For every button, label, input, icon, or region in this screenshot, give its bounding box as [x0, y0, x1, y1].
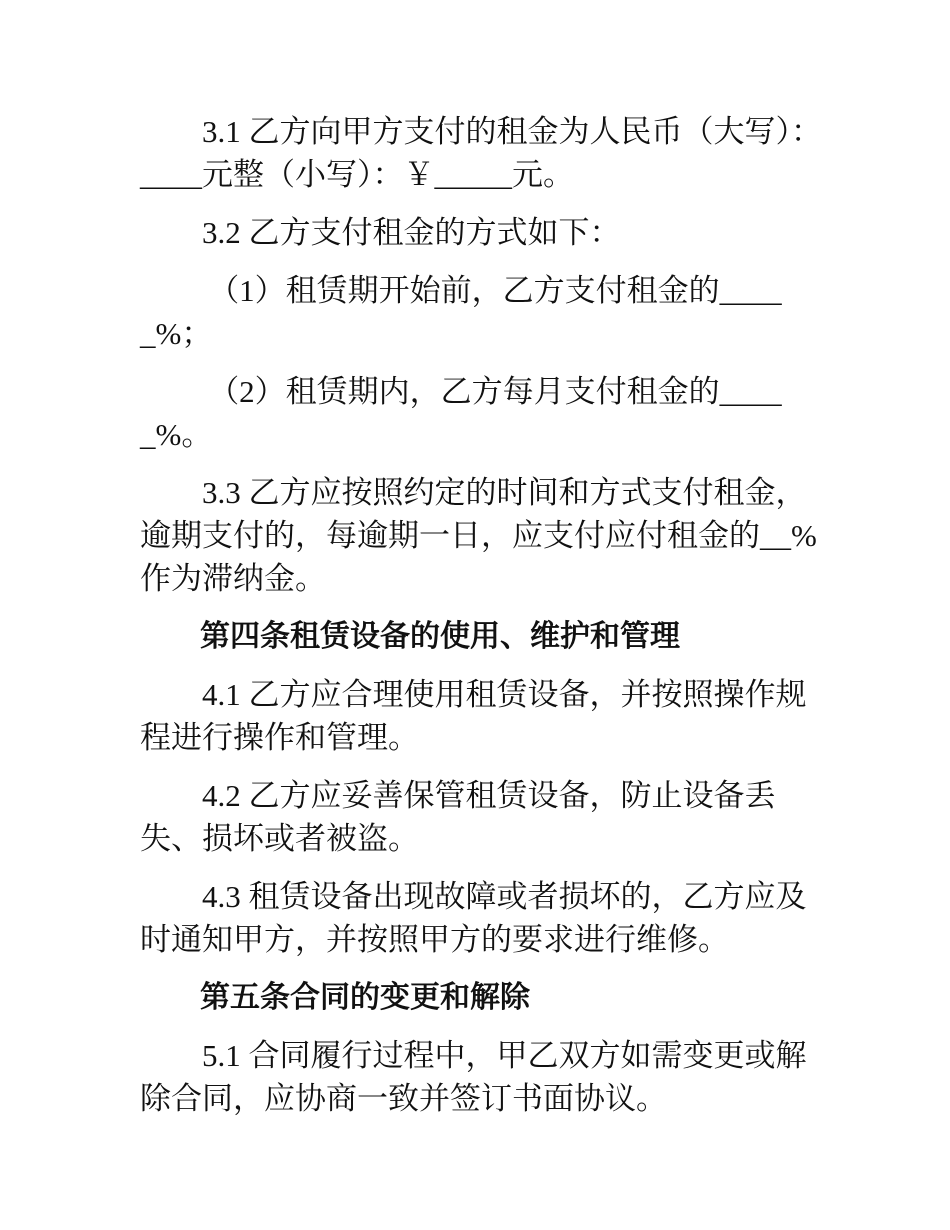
clause-4-2: 4.2 乙方应妥善保管租赁设备，防止设备丢失、损坏或者被盗。: [140, 774, 830, 860]
clause-3-2-item-2: （2）租赁期内，乙方每月支付租金的_____%。: [140, 370, 830, 456]
clause-4-3: 4.3 租赁设备出现故障或者损坏的，乙方应及时通知甲方，并按照甲方的要求进行维修…: [140, 875, 830, 961]
clause-5-1: 5.1 合同履行过程中，甲乙双方如需变更或解除合同，应协商一致并签订书面协议。: [140, 1034, 830, 1120]
clause-3-3: 3.3 乙方应按照约定的时间和方式支付租金，逾期支付的，每逾期一日，应支付应付租…: [140, 471, 830, 600]
article-5-heading: 第五条合同的变更和解除: [140, 976, 830, 1019]
clause-3-2-item-1: （1）租赁期开始前，乙方支付租金的_____%；: [140, 269, 830, 355]
clause-3-1: 3.1 乙方向甲方支付的租金为人民币（大写）：____元整（小写）：￥_____…: [140, 110, 830, 196]
clause-4-1: 4.1 乙方应合理使用租赁设备，并按照操作规程进行操作和管理。: [140, 673, 830, 759]
document-page: 3.1 乙方向甲方支付的租金为人民币（大写）：____元整（小写）：￥_____…: [140, 110, 830, 1135]
clause-3-2: 3.2 乙方支付租金的方式如下：: [140, 211, 830, 254]
article-4-heading: 第四条租赁设备的使用、维护和管理: [140, 615, 830, 658]
